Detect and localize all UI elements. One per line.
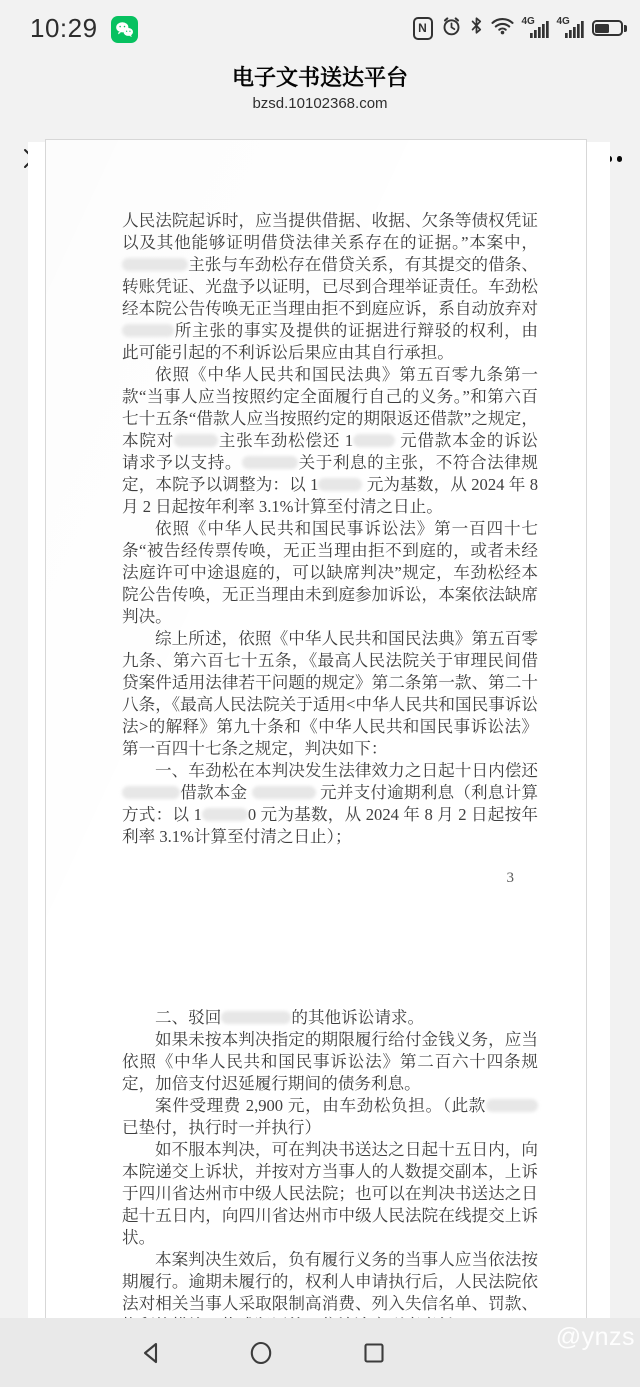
home-icon[interactable]: [247, 1339, 275, 1367]
bluetooth-icon: [470, 15, 483, 41]
judgment-text-page-2: 二、驳回的其他诉讼请求。如果未按本判决指定的期限履行给付金钱义务，应当依照《中华…: [122, 1007, 538, 1337]
battery-icon: [592, 20, 628, 36]
alarm-clock-icon: [441, 15, 462, 42]
redacted-text: [122, 786, 180, 799]
judgment-paragraph: 如果未按本判决指定的期限履行给付金钱义务，应当依照《中华人民共和国民事诉讼法》第…: [122, 1029, 538, 1095]
signal-bars-4g-icon: 4G: [557, 17, 584, 39]
judgment-text-page-1: 人民法院起诉时，应当提供借据、收据、欠条等债权凭证以及其他能够证明借贷法律关系存…: [122, 210, 538, 848]
recents-icon[interactable]: [360, 1339, 388, 1367]
page-number: 3: [122, 870, 538, 887]
judgment-paragraph: 如不服本判决，可在判决书送达之日起十五日内，向本院递交上诉状，并按对方当事人的人…: [122, 1139, 538, 1249]
scanned-judgment-page: 人民法院起诉时，应当提供借据、收据、欠条等债权凭证以及其他能够证明借贷法律关系存…: [45, 139, 587, 1318]
redacted-text: [353, 434, 395, 447]
page-title: 电子文书送达平台: [0, 64, 640, 92]
redacted-text: [202, 808, 248, 821]
redacted-text: [221, 1011, 291, 1024]
redacted-text: [122, 258, 188, 271]
judgment-paragraph: 依照《中华人民共和国民法典》第五百零九条第一款“当事人应当按照约定全面履行自己的…: [122, 364, 538, 518]
wifi-icon: [491, 17, 514, 40]
judgment-paragraph: 一、车劲松在本判决发生法律效力之日起十日内偿还借款本金 元并支付逾期利息（利息计…: [122, 760, 538, 848]
redacted-text: [486, 1099, 538, 1112]
judgment-paragraph: 依照《中华人民共和国民事诉讼法》第一百四十七条“被告经传票传唤，无正当理由拒不到…: [122, 518, 538, 628]
page-url: bzsd.10102368.com: [0, 95, 640, 112]
status-bar: 10:29 N: [0, 0, 640, 56]
nfc-icon: N: [413, 17, 433, 40]
redacted-text: [242, 456, 298, 469]
signal-bars-4g-icon: 4G: [522, 17, 549, 39]
phone-screen: 10:29 N: [0, 0, 640, 1387]
status-icons: N: [413, 15, 628, 42]
redacted-text: [174, 434, 218, 447]
redacted-text: [122, 324, 174, 337]
redacted-text: [252, 786, 316, 799]
browser-header: 电子文书送达平台 bzsd.10102368.com: [0, 56, 640, 142]
wechat-icon: [111, 16, 138, 43]
status-time: 10:29: [30, 13, 98, 44]
judgment-paragraph: 综上所述，依照《中华人民共和国民法典》第五百零九条、第六百七十五条，《最高人民法…: [122, 628, 538, 760]
judgment-paragraph: 二、驳回的其他诉讼请求。: [122, 1007, 538, 1029]
judgment-paragraph: 案件受理费 2,900 元，由车劲松负担。（此款已垫付，执行时一并执行）: [122, 1095, 538, 1139]
android-nav-bar: @ynzs: [0, 1318, 640, 1387]
watermark: @ynzs: [556, 1323, 635, 1352]
redacted-text: [318, 478, 362, 491]
judgment-paragraph: 人民法院起诉时，应当提供借据、收据、欠条等债权凭证以及其他能够证明借贷法律关系存…: [122, 210, 538, 364]
back-icon[interactable]: [137, 1339, 165, 1367]
document-viewer[interactable]: 人民法院起诉时，应当提供借据、收据、欠条等债权凭证以及其他能够证明借贷法律关系存…: [28, 142, 610, 1318]
